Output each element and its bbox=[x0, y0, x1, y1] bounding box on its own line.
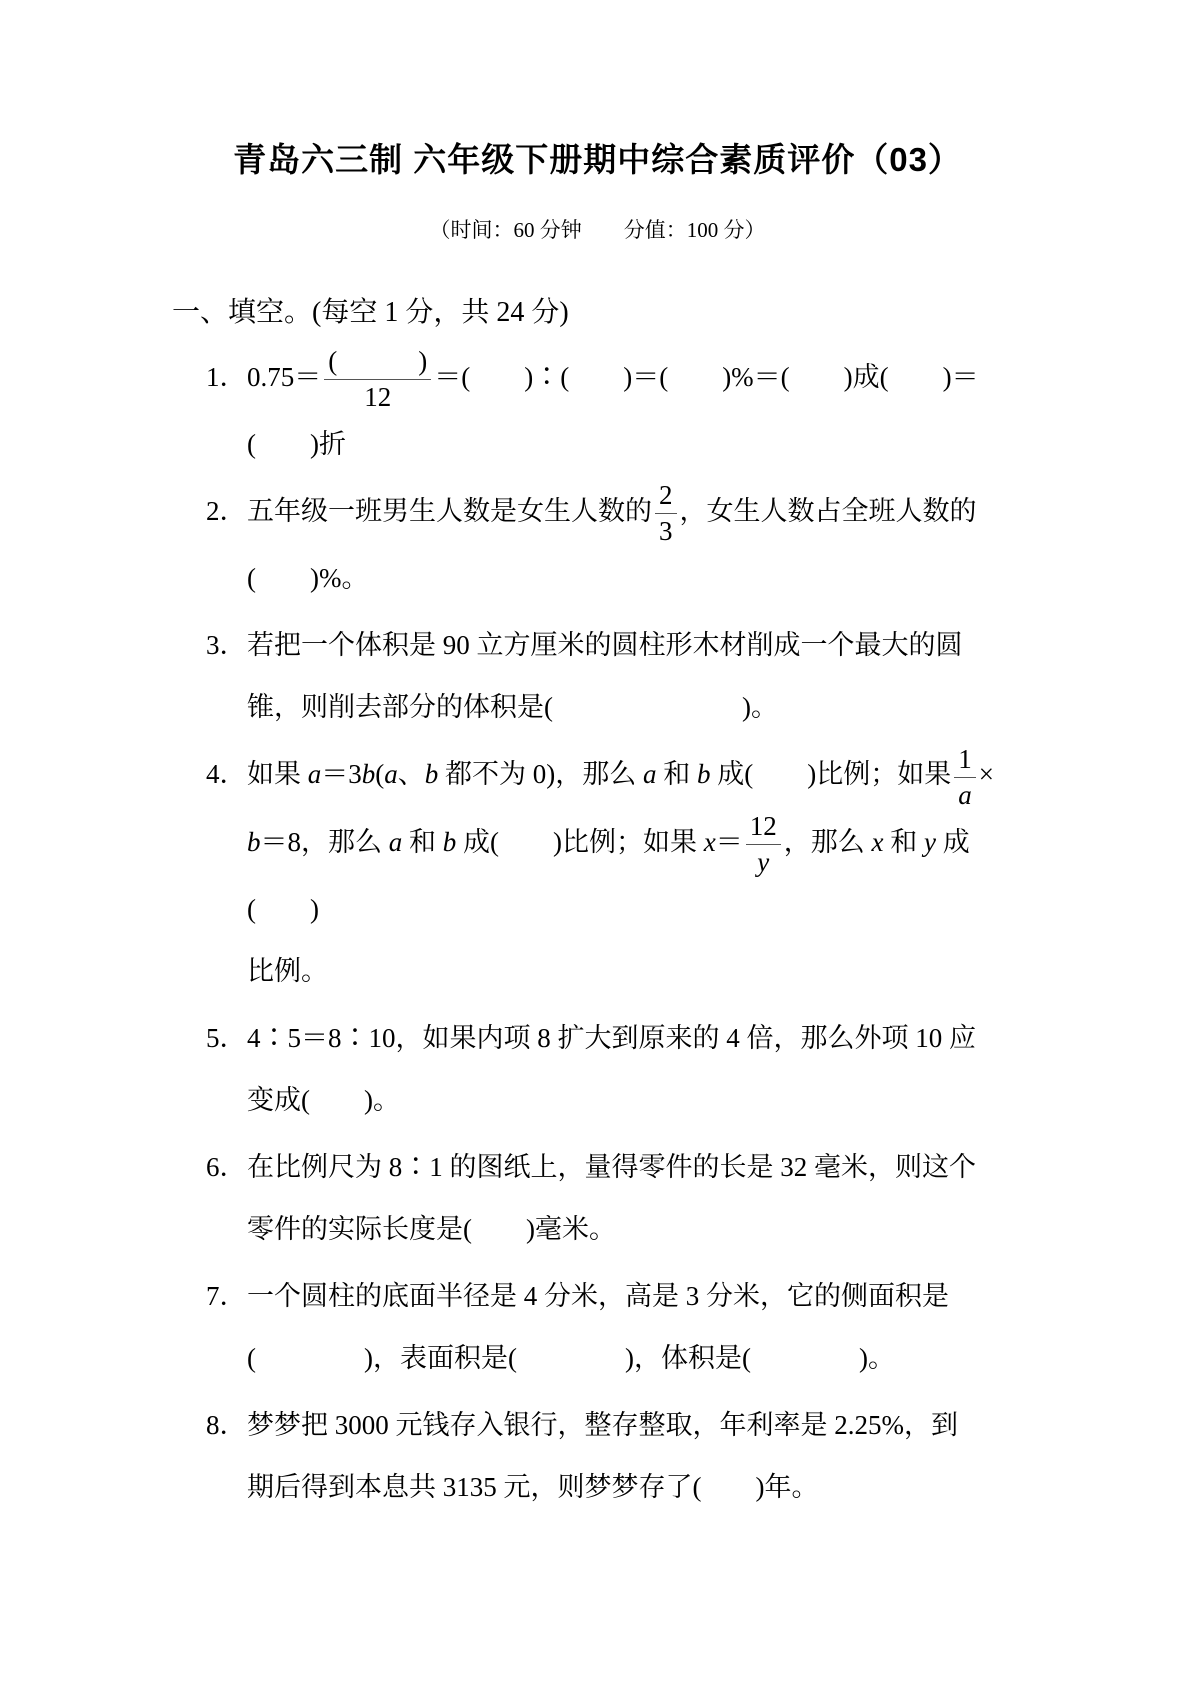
question-line: 8．梦梦把 3000 元钱存入银行，整存整取，年利率是 2.25%，到 bbox=[206, 1394, 1023, 1456]
question-line: 2．五年级一班男生人数是女生人数的23，女生人数占全班人数的 bbox=[206, 480, 1023, 547]
question-text: 梦梦把 3000 元钱存入银行，整存整取，年利率是 2.25%，到 bbox=[247, 1410, 958, 1440]
question-line: 锥，则削去部分的体积是( )。 bbox=[206, 676, 1023, 738]
question-text: 0.75＝( )12＝( )∶( )＝( )%＝( )成( )＝ bbox=[247, 362, 979, 392]
question-5: 5．4∶5＝8∶10，如果内项 8 扩大到原来的 4 倍，那么外项 10 应 变… bbox=[206, 1007, 1023, 1131]
question-number: 7． bbox=[206, 1265, 247, 1327]
exam-time-score-info: （时间：60 分钟 分值：100 分） bbox=[172, 216, 1023, 245]
question-line: ( )，表面积是( )，体积是( )。 bbox=[206, 1327, 1023, 1389]
question-number: 5． bbox=[206, 1007, 247, 1069]
question-line: 7．一个圆柱的底面半径是 4 分米，高是 3 分米，它的侧面积是 bbox=[206, 1265, 1023, 1327]
question-number: 3． bbox=[206, 614, 247, 676]
question-line: 期后得到本息共 3135 元，则梦梦存了( )年。 bbox=[206, 1456, 1023, 1518]
question-line: 1．0.75＝( )12＝( )∶( )＝( )%＝( )成( )＝ bbox=[206, 346, 1023, 413]
fraction: 12y bbox=[746, 811, 781, 878]
fraction: ( )12 bbox=[324, 346, 431, 413]
question-line: 3．若把一个体积是 90 立方厘米的圆柱形木材削成一个最大的圆 bbox=[206, 614, 1023, 676]
question-number: 4． bbox=[206, 743, 247, 805]
exam-page: 青岛六三制 六年级下册期中综合素质评价（03） （时间：60 分钟 分值：100… bbox=[0, 0, 1191, 1518]
question-text: 4∶5＝8∶10，如果内项 8 扩大到原来的 4 倍，那么外项 10 应 bbox=[247, 1023, 976, 1053]
question-line: 零件的实际长度是( )毫米。 bbox=[206, 1198, 1023, 1260]
question-number: 2． bbox=[206, 480, 247, 542]
question-number: 8． bbox=[206, 1394, 247, 1456]
question-line: 比例。 bbox=[206, 940, 1023, 1002]
question-line: 变成( )。 bbox=[206, 1069, 1023, 1131]
question-number: 6． bbox=[206, 1136, 247, 1198]
question-text: 在比例尺为 8∶1 的图纸上，量得零件的长是 32 毫米，则这个 bbox=[247, 1152, 976, 1182]
question-line: 4．如果 a＝3b(a、b 都不为 0)，那么 a 和 b 成( )比例；如果1… bbox=[206, 743, 1023, 810]
question-text: 一个圆柱的底面半径是 4 分米，高是 3 分米，它的侧面积是 bbox=[247, 1281, 949, 1311]
question-line: ( )%。 bbox=[206, 547, 1023, 609]
section-1-heading: 一、填空。(每空 1 分，共 24 分) bbox=[172, 291, 1023, 336]
question-1: 1．0.75＝( )12＝( )∶( )＝( )%＝( )成( )＝ ( )折 bbox=[206, 346, 1023, 475]
fraction: 1a bbox=[954, 744, 976, 811]
question-3: 3．若把一个体积是 90 立方厘米的圆柱形木材削成一个最大的圆 锥，则削去部分的… bbox=[206, 614, 1023, 738]
question-line: ( )折 bbox=[206, 413, 1023, 475]
question-line: b＝8，那么 a 和 b 成( )比例；如果 x＝12y，那么 x 和 y 成(… bbox=[206, 811, 1023, 940]
question-7: 7．一个圆柱的底面半径是 4 分米，高是 3 分米，它的侧面积是 ( )，表面积… bbox=[206, 1265, 1023, 1389]
question-text: 如果 a＝3b(a、b 都不为 0)，那么 a 和 b 成( )比例；如果1a× bbox=[247, 759, 994, 789]
question-number: 1． bbox=[206, 346, 247, 408]
question-line: 5．4∶5＝8∶10，如果内项 8 扩大到原来的 4 倍，那么外项 10 应 bbox=[206, 1007, 1023, 1069]
question-4: 4．如果 a＝3b(a、b 都不为 0)，那么 a 和 b 成( )比例；如果1… bbox=[206, 743, 1023, 1002]
question-8: 8．梦梦把 3000 元钱存入银行，整存整取，年利率是 2.25%，到 期后得到… bbox=[206, 1394, 1023, 1518]
question-text: 若把一个体积是 90 立方厘米的圆柱形木材削成一个最大的圆 bbox=[247, 630, 963, 660]
page-title: 青岛六三制 六年级下册期中综合素质评价（03） bbox=[172, 140, 1023, 180]
question-2: 2．五年级一班男生人数是女生人数的23，女生人数占全班人数的 ( )%。 bbox=[206, 480, 1023, 609]
question-line: 6．在比例尺为 8∶1 的图纸上，量得零件的长是 32 毫米，则这个 bbox=[206, 1136, 1023, 1198]
question-6: 6．在比例尺为 8∶1 的图纸上，量得零件的长是 32 毫米，则这个 零件的实际… bbox=[206, 1136, 1023, 1260]
question-text: 五年级一班男生人数是女生人数的23，女生人数占全班人数的 bbox=[247, 496, 977, 526]
fraction: 23 bbox=[655, 480, 677, 547]
